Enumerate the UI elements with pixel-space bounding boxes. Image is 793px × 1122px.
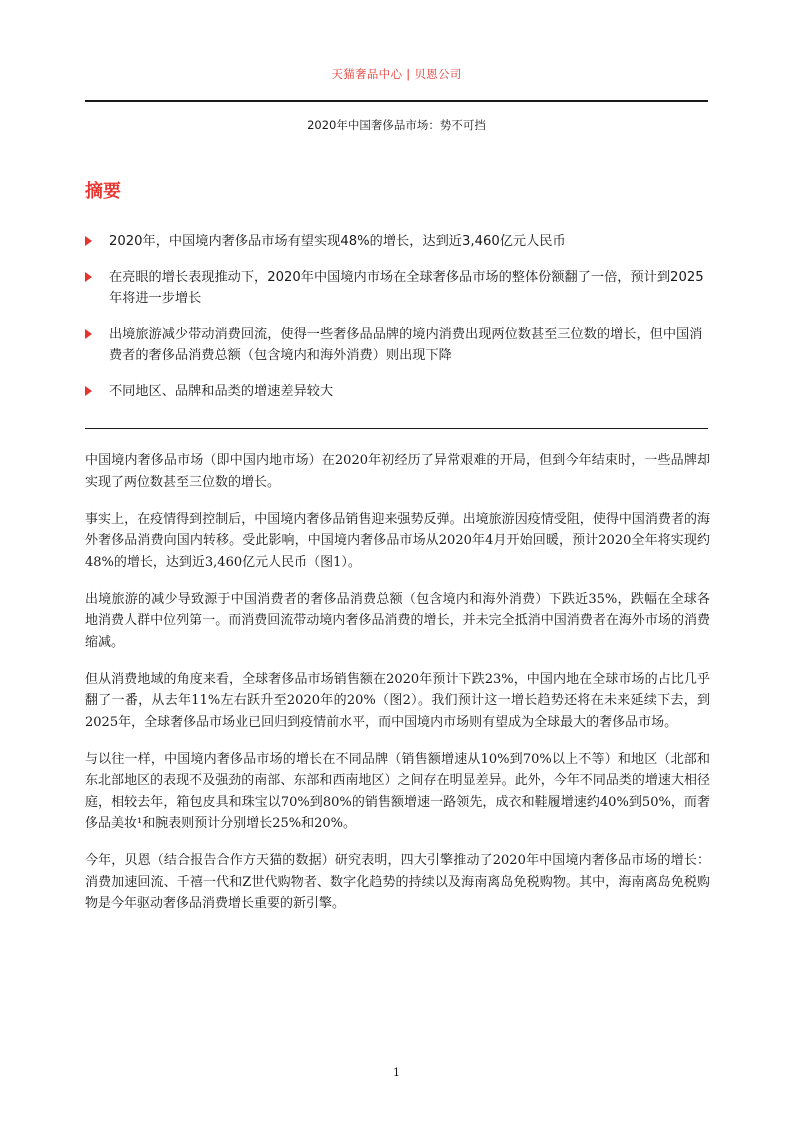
summary-bullet: 不同地区、品牌和品类的增速差异较大 (85, 381, 710, 402)
summary-heading: 摘要 (85, 177, 121, 203)
document-title: 2020年中国奢侈品市场：势不可挡 (0, 117, 793, 133)
header-divider (85, 100, 708, 102)
summary-bullet-text: 不同地区、品牌和品类的增速差异较大 (109, 384, 333, 399)
summary-divider (85, 428, 708, 429)
body-paragraph: 今年，贝恩（结合报告合作方天猫的数据）研究表明，四大引擎推动了2020年中国境内… (85, 850, 710, 915)
body-paragraph: 中国境内奢侈品市场（即中国内地市场）在2020年初经历了异常艰难的开局，但到今年… (85, 450, 710, 493)
triangle-bullet-icon (85, 272, 92, 282)
header-brand: 天猫奢品中心 | 贝恩公司 (0, 66, 793, 82)
triangle-bullet-icon (85, 236, 92, 246)
summary-bullet-list: 2020年，中国境内奢侈品市场有望实现48%的增长，达到近3,460亿元人民币 … (85, 231, 710, 417)
summary-bullet-text: 2020年，中国境内奢侈品市场有望实现48%的增长，达到近3,460亿元人民币 (109, 234, 566, 249)
summary-bullet: 在亮眼的增长表现推动下，2020年中国境内市场在全球奢侈品市场的整体份额翻了一倍… (85, 267, 710, 309)
summary-bullet-text: 在亮眼的增长表现推动下，2020年中国境内市场在全球奢侈品市场的整体份额翻了一倍… (109, 270, 704, 306)
summary-bullet: 2020年，中国境内奢侈品市场有望实现48%的增长，达到近3,460亿元人民币 (85, 231, 710, 252)
summary-bullet: 出境旅游减少带动消费回流，使得一些奢侈品品牌的境内消费出现两位数甚至三位数的增长… (85, 324, 710, 366)
body-paragraph: 与以往一样，中国境内奢侈品市场的增长在不同品牌（销售额增速从10%到70%以上不… (85, 749, 710, 835)
body-paragraph: 出境旅游的减少导致源于中国消费者的奢侈品消费总额（包含境内和海外消费）下跌近35… (85, 589, 710, 654)
body-paragraph: 但从消费地域的角度来看，全球奢侈品市场销售额在2020年预计下跌23%，中国内地… (85, 669, 710, 734)
summary-bullet-text: 出境旅游减少带动消费回流，使得一些奢侈品品牌的境内消费出现两位数甚至三位数的增长… (109, 327, 702, 363)
body-text: 中国境内奢侈品市场（即中国内地市场）在2020年初经历了异常艰难的开局，但到今年… (85, 450, 710, 930)
page-number: 1 (0, 1066, 793, 1079)
body-paragraph: 事实上，在疫情得到控制后，中国境内奢侈品销售迎来强势反弹。出境旅游因疫情受阻，使… (85, 509, 710, 574)
triangle-bullet-icon (85, 386, 92, 396)
triangle-bullet-icon (85, 329, 92, 339)
